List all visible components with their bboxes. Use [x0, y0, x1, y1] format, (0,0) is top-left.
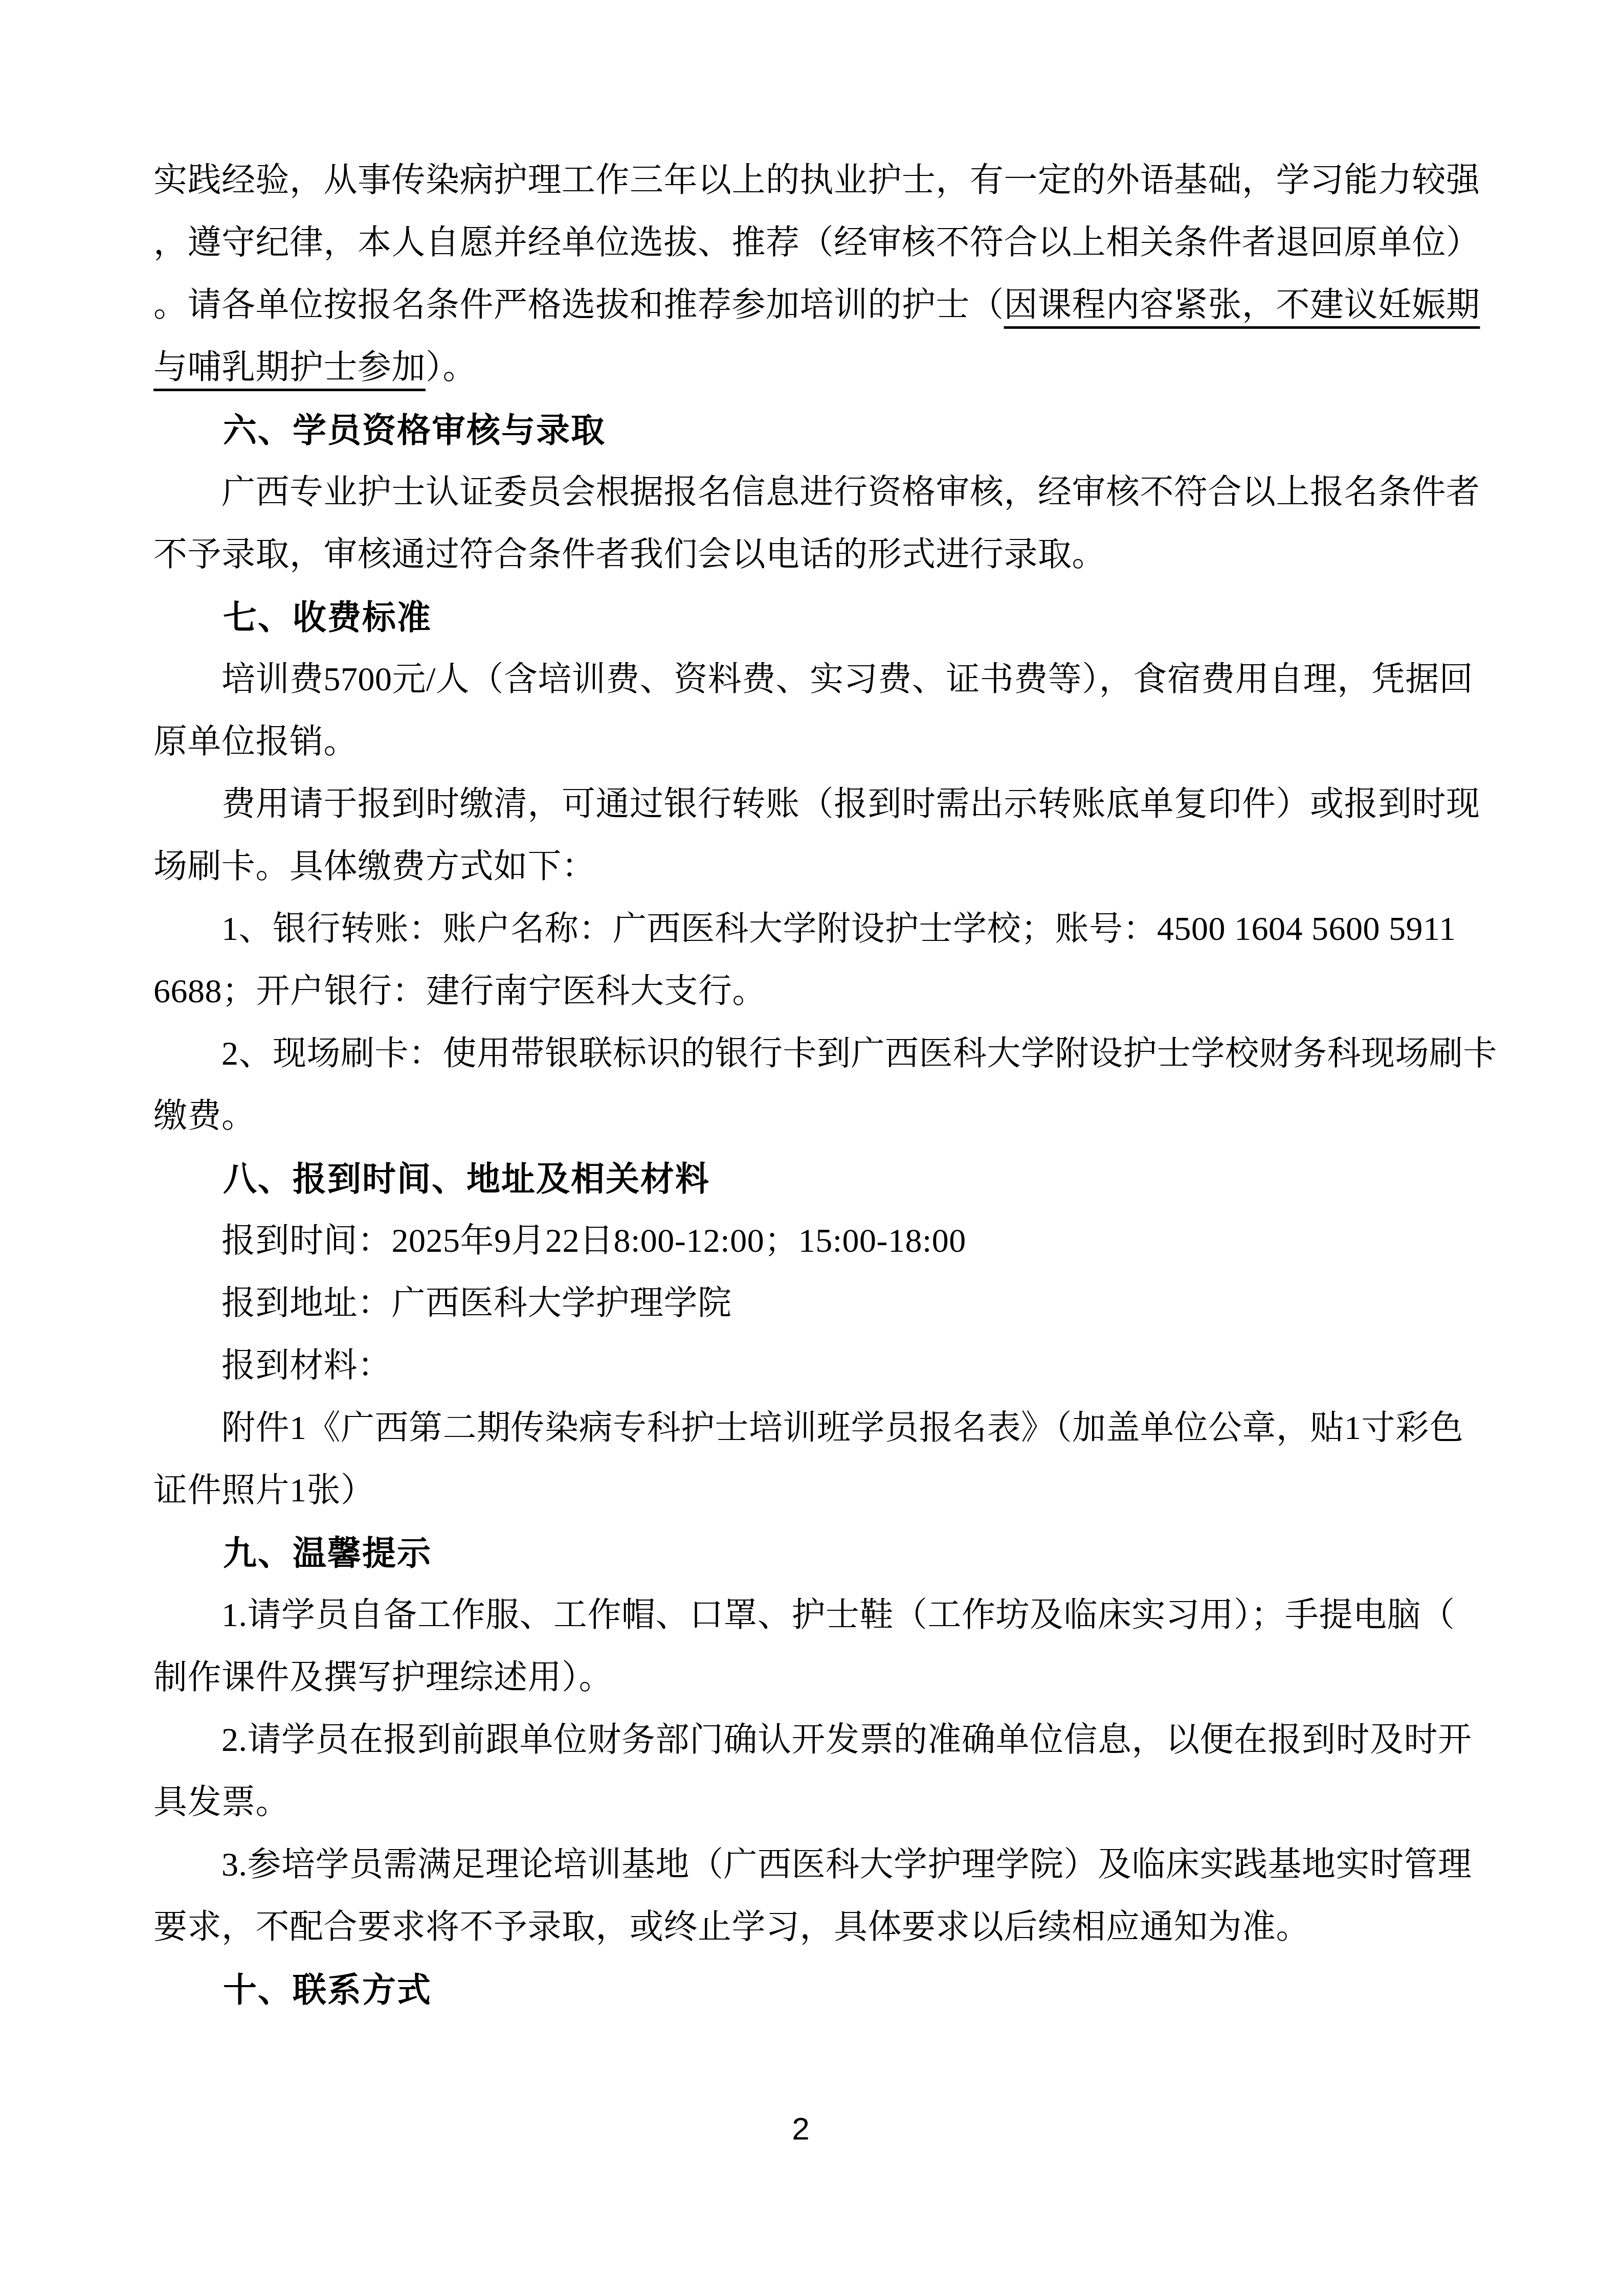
text-run: 3.参培学员需满足理论培训基地（广西医科大学护理学院）及临床实践基地实时管理	[153, 1846, 1472, 1883]
document-body: 实践经验，从事传染病护理工作三年以上的执业护士，有一定的外语基础，学习能力较强，…	[153, 149, 1483, 2021]
text-run: 六、学员资格审核与录取	[153, 411, 606, 449]
text-line: 附件1《广西第二期传染病专科护士培训班学员报名表》（加盖单位公章，贴1寸彩色	[153, 1397, 1483, 1459]
section-heading: 六、学员资格审核与录取	[153, 399, 1483, 461]
text-line: 。请各单位按报名条件严格选拔和推荐参加培训的护士（因课程内容紧张，不建议妊娠期	[153, 274, 1483, 336]
text-run: ）。	[426, 349, 477, 386]
text-line: 制作课件及撰写护理综述用）。	[153, 1647, 1483, 1709]
text-run: 。请各单位按报名条件严格选拔和推荐参加培训的护士（	[153, 286, 1004, 324]
text-run: 九、温馨提示	[153, 1534, 432, 1572]
text-run: 1.请学员自备工作服、工作帽、口罩、护士鞋（工作坊及临床实习用）；手提电脑（	[153, 1596, 1455, 1634]
underlined-text-run: 因课程内容紧张，不建议妊娠期	[1004, 286, 1480, 324]
text-run: ，遵守纪律，本人自愿并经单位选拔、推荐（经审核不符合以上相关条件者退回原单位）	[153, 224, 1480, 261]
text-line: 报到时间：2025年9月22日8:00-12:00；15:00-18:00	[153, 1210, 1483, 1272]
text-run: 实践经验，从事传染病护理工作三年以上的执业护士，有一定的外语基础，学习能力较强	[153, 162, 1480, 199]
text-run: 十、联系方式	[153, 1971, 432, 2009]
text-line: 与哺乳期护士参加）。	[153, 336, 1483, 399]
text-run: 原单位报销。	[153, 723, 358, 760]
text-run: 八、报到时间、地址及相关材料	[153, 1160, 710, 1198]
text-line: 实践经验，从事传染病护理工作三年以上的执业护士，有一定的外语基础，学习能力较强	[153, 149, 1483, 212]
text-run: 广西专业护士认证委员会根据报名信息进行资格审核，经审核不符合以上报名条件者	[153, 474, 1480, 511]
text-run: 报到时间：2025年9月22日8:00-12:00；15:00-18:00	[153, 1222, 966, 1259]
document-page: 实践经验，从事传染病护理工作三年以上的执业护士，有一定的外语基础，学习能力较强，…	[0, 0, 1624, 2296]
text-line: 报到地址：广西医科大学护理学院	[153, 1272, 1483, 1335]
text-run: 费用请于报到时缴清，可通过银行转账（报到时需出示转账底单复印件）或报到时现	[153, 785, 1480, 823]
text-run: 具发票。	[153, 1784, 290, 1821]
text-run: 要求，不配合要求将不予录取，或终止学习，具体要求以后续相应通知为准。	[153, 1908, 1310, 1946]
text-line: 2.请学员在报到前跟单位财务部门确认开发票的准确单位信息，以便在报到时及时开	[153, 1709, 1483, 1771]
text-run: 缴费。	[153, 1097, 256, 1135]
text-line: 报到材料：	[153, 1335, 1483, 1397]
text-run: 场刷卡。具体缴费方式如下：	[153, 848, 596, 885]
text-line: 原单位报销。	[153, 711, 1483, 773]
text-line: 广西专业护士认证委员会根据报名信息进行资格审核，经审核不符合以上报名条件者	[153, 461, 1483, 524]
text-line: 缴费。	[153, 1085, 1483, 1147]
text-line: 要求，不配合要求将不予录取，或终止学习，具体要求以后续相应通知为准。	[153, 1896, 1483, 1959]
text-line: 6688；开户银行：建行南宁医科大支行。	[153, 960, 1483, 1023]
section-heading: 九、温馨提示	[153, 1522, 1483, 1584]
text-run: 报到地址：广西医科大学护理学院	[153, 1285, 732, 1322]
page-footer: 2	[0, 2111, 1601, 2147]
text-line: 场刷卡。具体缴费方式如下：	[153, 836, 1483, 898]
text-run: 2.请学员在报到前跟单位财务部门确认开发票的准确单位信息，以便在报到时及时开	[153, 1721, 1472, 1759]
text-line: 2、现场刷卡：使用带银联标识的银行卡到广西医科大学附设护士学校财务科现场刷卡	[153, 1023, 1483, 1085]
section-heading: 十、联系方式	[153, 1959, 1483, 2021]
text-run: 6688；开户银行：建行南宁医科大支行。	[153, 973, 766, 1010]
text-run: 1、银行转账：账户名称：广西医科大学附设护士学校；账号：4500 1604 56…	[153, 910, 1456, 948]
text-run: 证件照片1张）	[153, 1472, 375, 1509]
text-run: 培训费5700元/人（含培训费、资料费、实习费、证书费等），食宿费用自理，凭据回	[153, 661, 1473, 698]
text-run: 七、收费标准	[153, 598, 432, 636]
section-heading: 七、收费标准	[153, 586, 1483, 648]
text-line: 培训费5700元/人（含培训费、资料费、实习费、证书费等），食宿费用自理，凭据回	[153, 648, 1483, 711]
section-heading: 八、报到时间、地址及相关材料	[153, 1147, 1483, 1210]
text-run: 2、现场刷卡：使用带银联标识的银行卡到广西医科大学附设护士学校财务科现场刷卡	[153, 1035, 1497, 1072]
text-run: 制作课件及撰写护理综述用）。	[153, 1659, 613, 1696]
text-line: 不予录取，审核通过符合条件者我们会以电话的形式进行录取。	[153, 524, 1483, 586]
text-line: 证件照片1张）	[153, 1459, 1483, 1522]
text-run: 附件1《广西第二期传染病专科护士培训班学员报名表》（加盖单位公章，贴1寸彩色	[153, 1409, 1463, 1447]
text-run: 不予录取，审核通过符合条件者我们会以电话的形式进行录取。	[153, 536, 1106, 573]
text-line: 1.请学员自备工作服、工作帽、口罩、护士鞋（工作坊及临床实习用）；手提电脑（	[153, 1584, 1483, 1647]
text-line: 1、银行转账：账户名称：广西医科大学附设护士学校；账号：4500 1604 56…	[153, 898, 1483, 960]
page-number: 2	[792, 2111, 809, 2147]
text-line: ，遵守纪律，本人自愿并经单位选拔、推荐（经审核不符合以上相关条件者退回原单位）	[153, 212, 1483, 274]
text-line: 具发票。	[153, 1771, 1483, 1834]
text-line: 3.参培学员需满足理论培训基地（广西医科大学护理学院）及临床实践基地实时管理	[153, 1834, 1483, 1896]
underlined-text-run: 与哺乳期护士参加	[153, 349, 426, 386]
text-line: 费用请于报到时缴清，可通过银行转账（报到时需出示转账底单复印件）或报到时现	[153, 773, 1483, 836]
text-run: 报到材料：	[153, 1347, 392, 1384]
